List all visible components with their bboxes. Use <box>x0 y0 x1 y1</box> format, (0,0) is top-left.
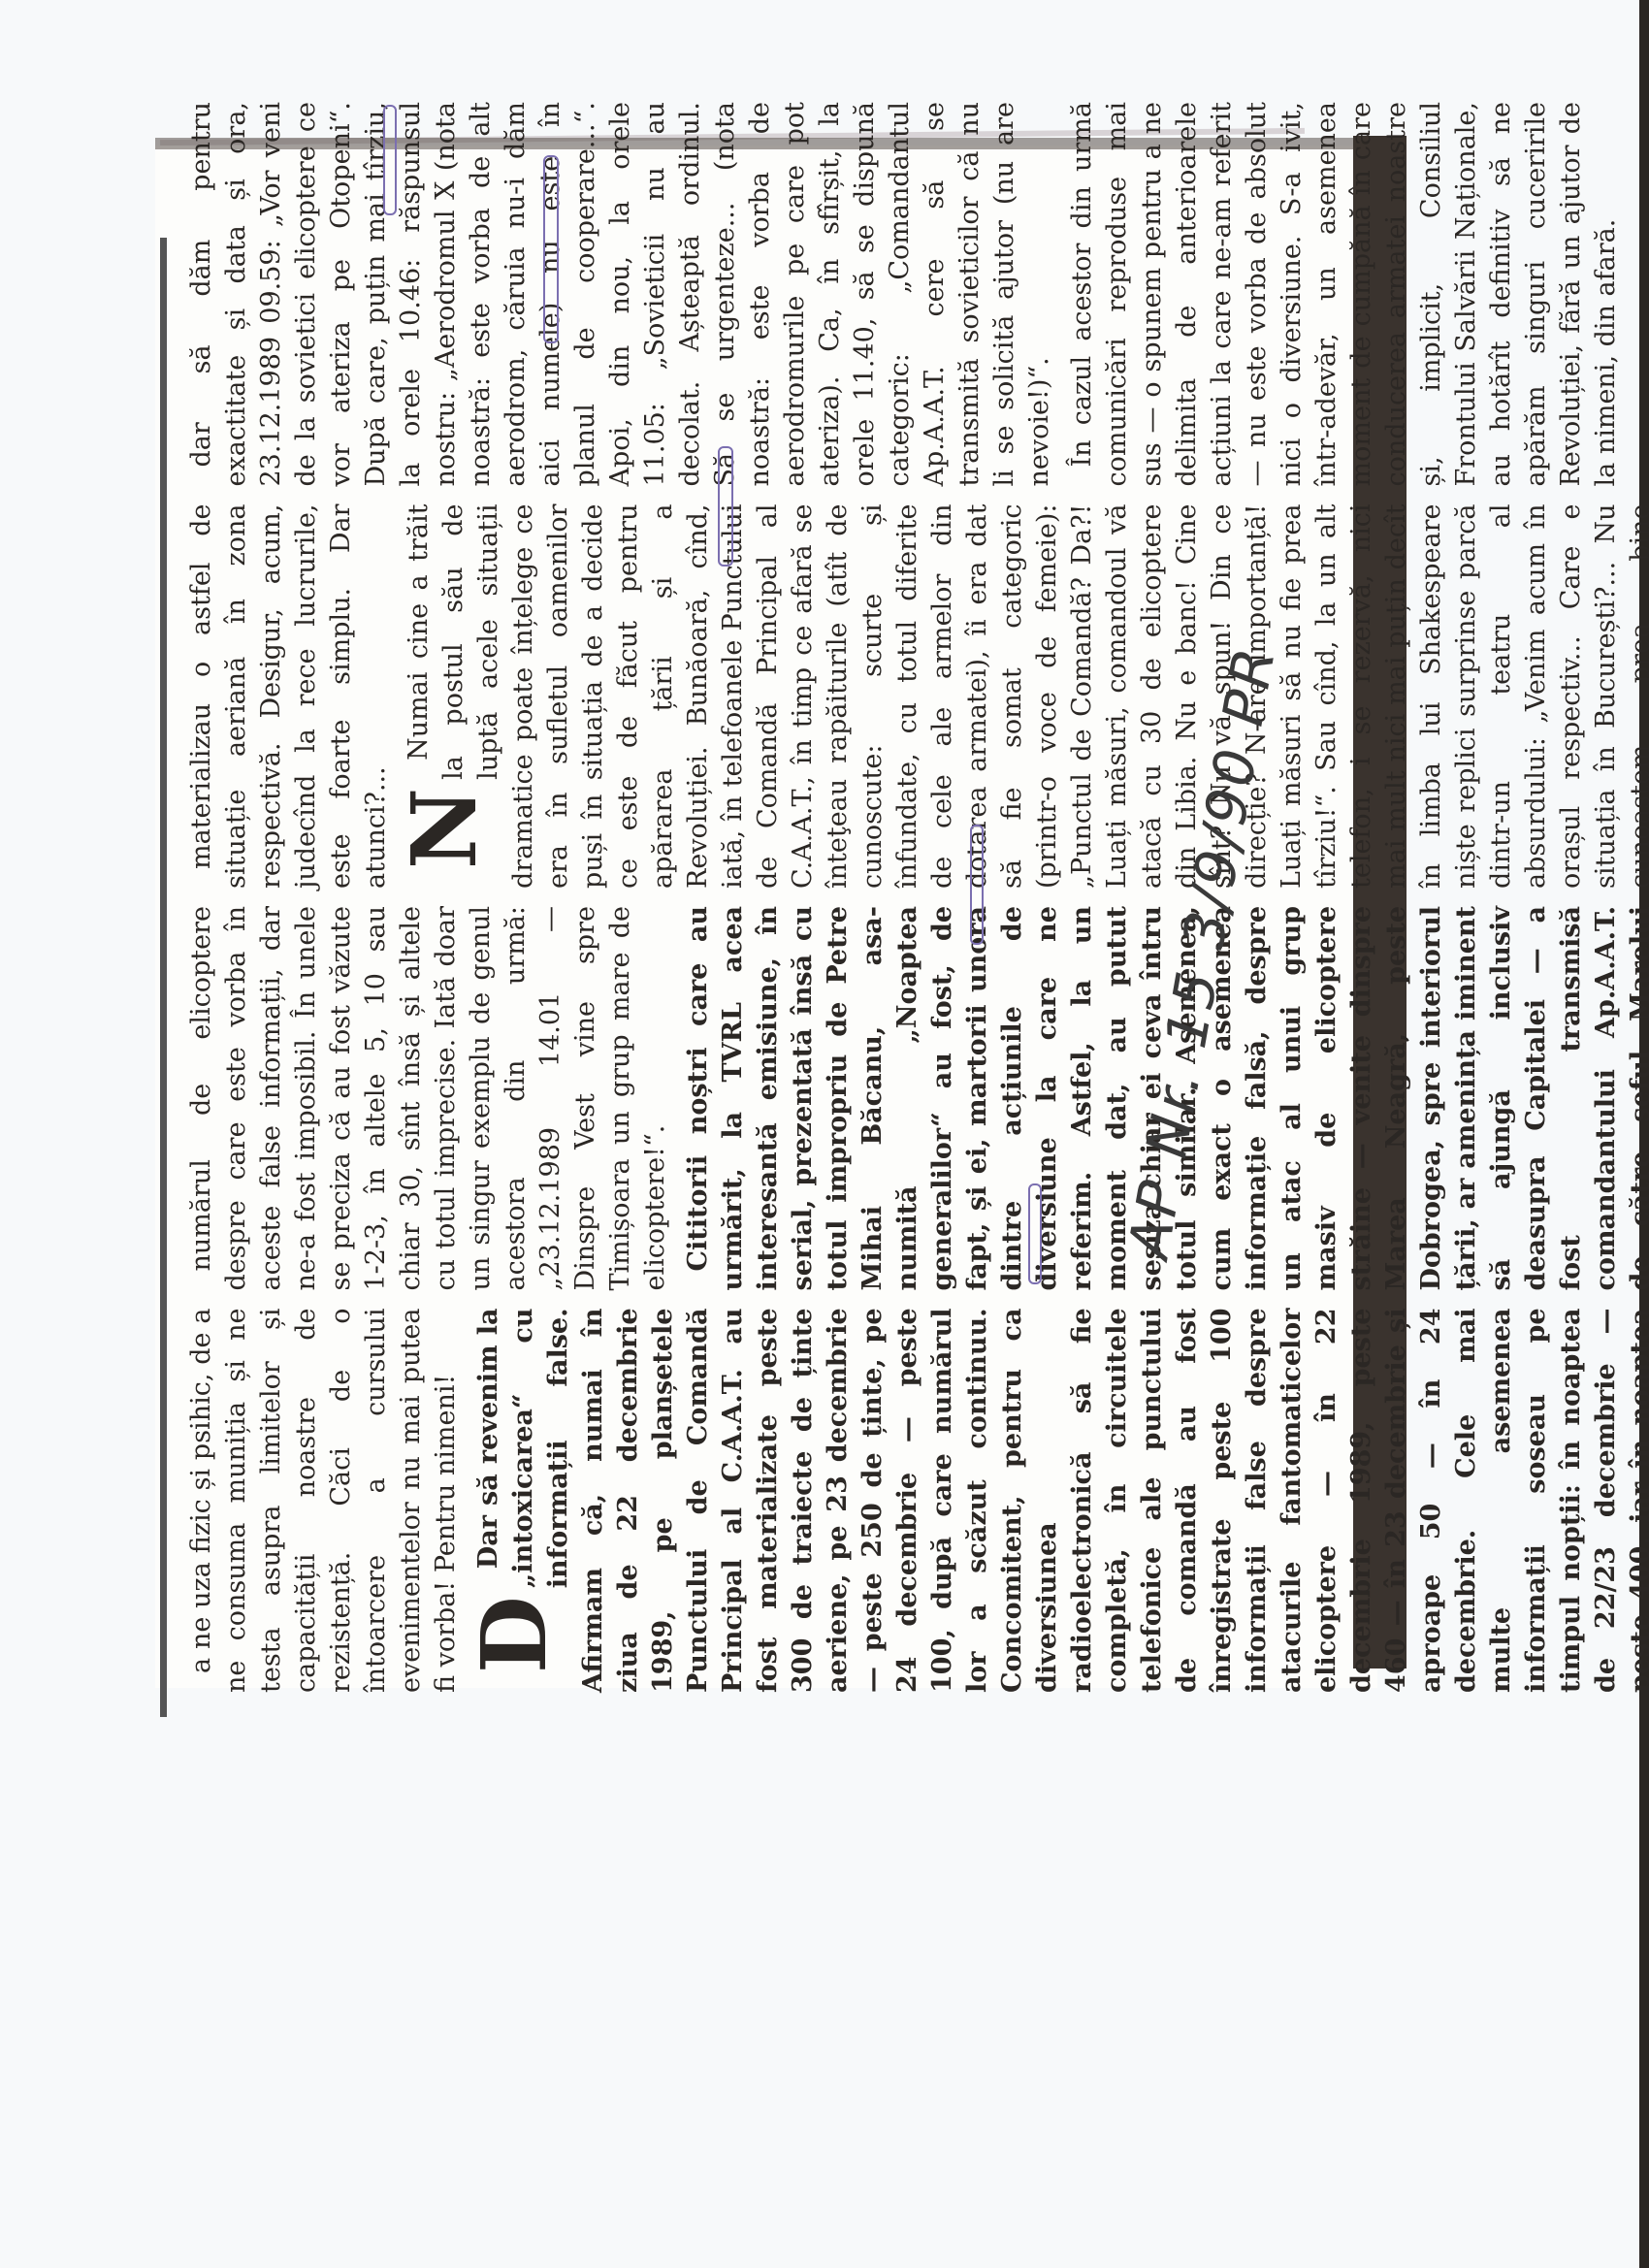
paragraph: numărul de elicoptere despre care este v… <box>184 906 673 1291</box>
author-signature: Locotenent-colonel ALEXANDRU BODEA <box>1645 102 1649 487</box>
article-body: a ne uza fizic și psihic, de a ne consum… <box>184 102 1348 1693</box>
drop-cap: D <box>475 1596 553 1693</box>
paragraph: dar să dăm pentru exactitate și data și … <box>184 102 1057 487</box>
paragraph: a ne uza fizic și psihic, de a ne consum… <box>184 1309 464 1694</box>
author-rank: Locotenent-colonel <box>1645 102 1649 487</box>
column-rule <box>160 238 167 1717</box>
pen-mark <box>383 105 397 215</box>
pen-mark <box>970 825 984 945</box>
article-column-3: materializau o astfel de situație aerian… <box>184 504 1348 890</box>
article-column-4: dar să dăm pentru exactitate și data și … <box>184 102 1348 487</box>
paragraph: DDar să revenim la „intoxicarea“ cu info… <box>471 1309 1649 1694</box>
paragraph: În cazul acestor din urmă comunicări rep… <box>1065 102 1624 487</box>
paragraph: NNumai cine a trăit la postul său de lup… <box>402 504 1649 890</box>
paragraph: materializau o astfel de situație aerian… <box>184 504 394 890</box>
pen-mark <box>718 446 733 567</box>
drop-cap: N <box>405 788 483 889</box>
article-column-1: a ne uza fizic și psihic, de a ne consum… <box>184 1309 1348 1694</box>
pen-mark <box>543 155 559 343</box>
pen-mark <box>1028 1183 1042 1284</box>
